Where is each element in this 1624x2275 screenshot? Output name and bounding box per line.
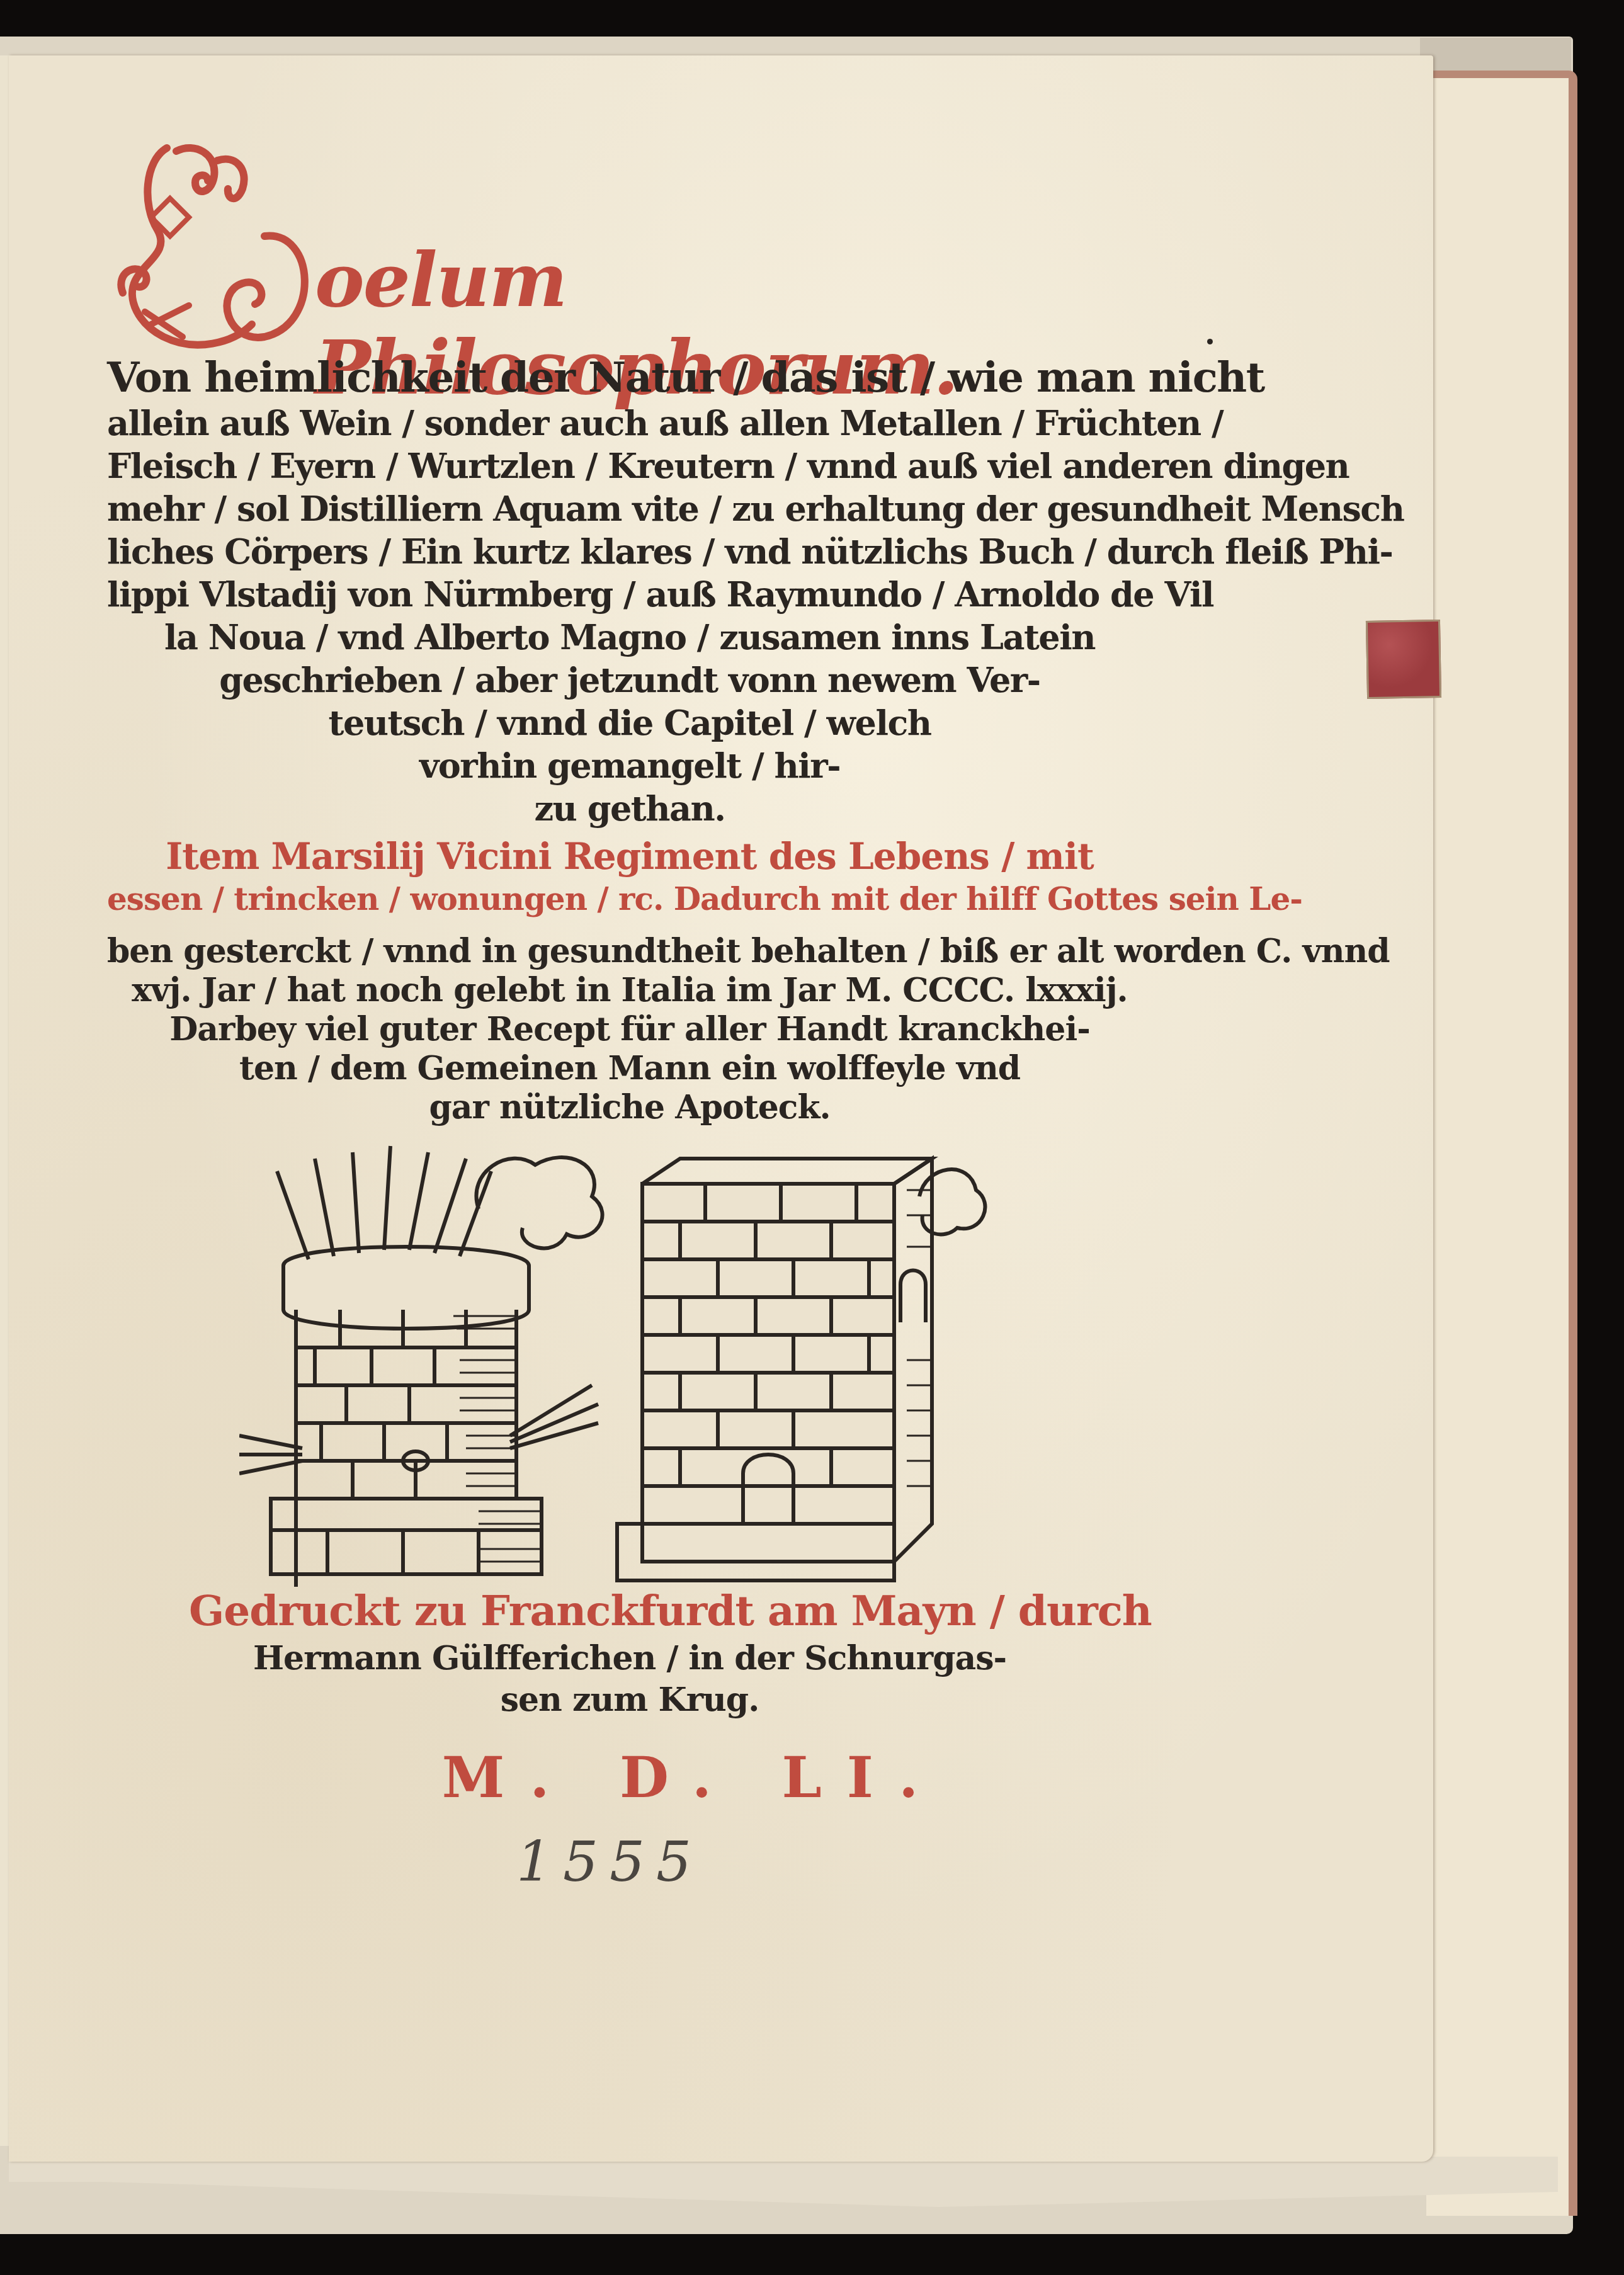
subtitle-block: Von heimlichkeit der Natur / das ist / w… [107, 353, 1152, 830]
red-leather-bookmark-tab[interactable] [1366, 620, 1441, 699]
second-work-line: xvj. Jar / hat noch gelebt in Italia im … [107, 971, 1152, 1010]
gutter-strip [0, 55, 9, 2146]
subtitle-line: zu gethan. [107, 787, 1152, 830]
next-page-edge [1426, 71, 1577, 2216]
subtitle-line: liches Cörpers / Ein kurtz klares / vnd … [107, 530, 1152, 573]
furnace-woodcut-icon [239, 1121, 1033, 1587]
handwritten-date: 1555 [516, 1829, 703, 1894]
imprint-black-line: Hermann Gülfferichen / in der Schnurgas- [189, 1638, 1070, 1679]
subtitle-line: mehr / sol Distilliern Aquam vite / zu e… [107, 487, 1152, 530]
subtitle-line: la Noua / vnd Alberto Magno / zusamen in… [107, 616, 1152, 659]
subtitle-line: teutsch / vnnd die Capitel / welch [107, 701, 1152, 744]
second-work-black-block: ben gesterckt / vnnd in gesundtheit beha… [107, 932, 1152, 1127]
imprint-red-line: Gedruckt zu Franckfurdt am Mayn / durch [189, 1584, 1070, 1638]
subtitle-line: lippi Vlstadij von Nürmberg / auß Raymun… [107, 573, 1152, 616]
second-work-red-line: essen / trincken / wonungen / rc. Dadurc… [107, 878, 1152, 920]
second-work-red-line: Item Marsilij Vicini Regiment des Lebens… [107, 834, 1152, 878]
subtitle-line: Von heimlichkeit der Natur / das ist / w… [107, 353, 1152, 402]
imprint-black-line: sen zum Krug. [189, 1679, 1070, 1721]
second-work-line: ben gesterckt / vnnd in gesundtheit beha… [107, 932, 1152, 971]
second-work-line: ten / dem Gemeinen Mann ein wolffeyle vn… [107, 1049, 1152, 1088]
subtitle-line: Fleisch / Eyern / Wurtzlen / Kreutern / … [107, 445, 1152, 487]
subtitle-line: geschrieben / aber jetzundt vonn newem V… [107, 659, 1152, 701]
title-row: oelum Philosophorum. [107, 135, 1146, 368]
subtitle-line: vorhin gemangelt / hir- [107, 744, 1152, 787]
ink-speck [1207, 339, 1213, 344]
second-work-line: Darbey viel guter Recept für aller Handt… [107, 1010, 1152, 1049]
book-top-edge [1420, 38, 1571, 71]
imprint-block: Gedruckt zu Franckfurdt am Mayn / durch … [189, 1584, 1070, 1721]
second-work-block: Item Marsilij Vicini Regiment des Lebens… [107, 834, 1152, 920]
roman-date: M. D. LI. [441, 1744, 945, 1811]
decorated-initial-c-icon [107, 135, 315, 362]
subtitle-line: allein auß Wein / sonder auch auß allen … [107, 402, 1152, 445]
